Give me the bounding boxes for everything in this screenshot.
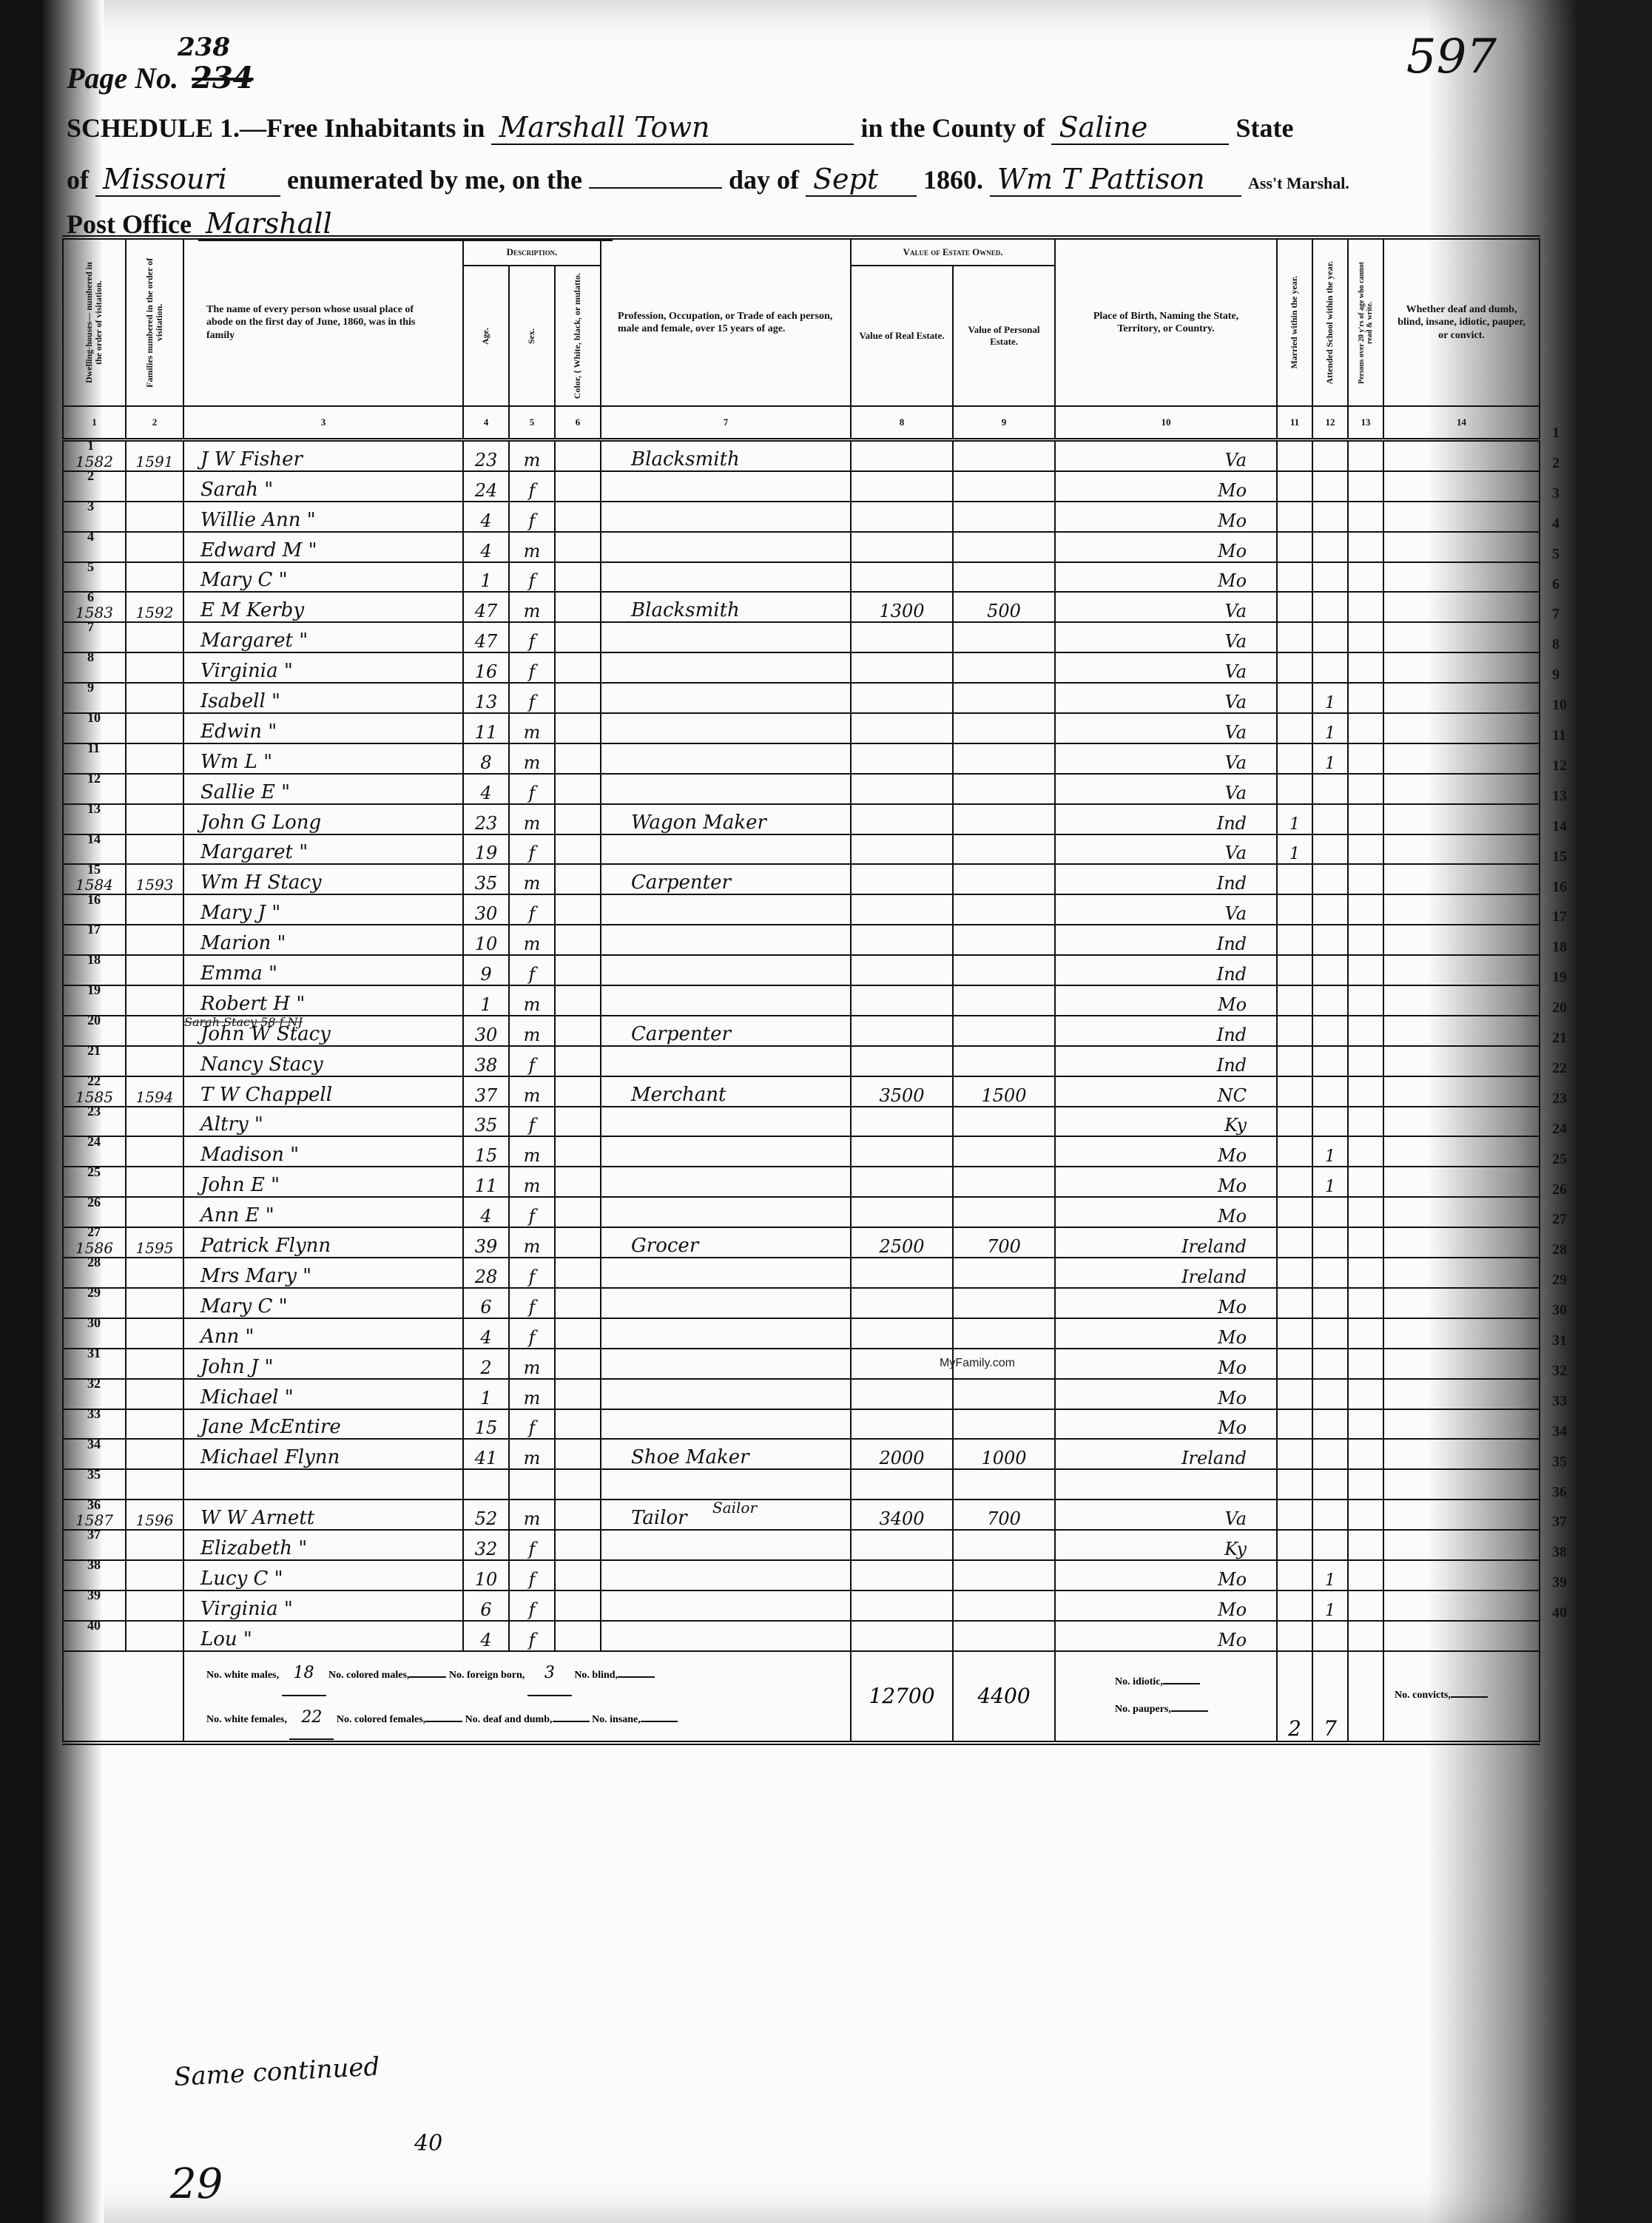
attended-school bbox=[1312, 985, 1348, 1016]
person-name: J W Fisher bbox=[183, 440, 463, 471]
sex: f bbox=[509, 1258, 555, 1288]
sex bbox=[509, 1469, 555, 1500]
col-number: 4 bbox=[463, 406, 509, 440]
person-name: Margaret " bbox=[183, 622, 463, 652]
person-name: Michael " bbox=[183, 1379, 463, 1409]
family-number bbox=[126, 1621, 183, 1651]
sex: m bbox=[509, 1016, 555, 1046]
married-within-year bbox=[1277, 1349, 1312, 1379]
attended-school: 1 bbox=[1312, 1560, 1348, 1590]
real-estate-value bbox=[851, 502, 953, 532]
row-number: 36 bbox=[1552, 1484, 1567, 1501]
row-number: 39 bbox=[1552, 1574, 1567, 1591]
personal-estate-value bbox=[953, 774, 1055, 804]
age: 1 bbox=[463, 985, 509, 1016]
personal-estate-value bbox=[953, 1409, 1055, 1440]
person-name: W W Arnett bbox=[183, 1500, 463, 1530]
family-number bbox=[126, 985, 183, 1016]
row-number: 35 bbox=[87, 1467, 101, 1482]
family-number bbox=[126, 1107, 183, 1137]
age: 19 bbox=[463, 834, 509, 865]
occupation bbox=[601, 562, 851, 593]
family-number: 1595 bbox=[126, 1227, 183, 1258]
attended-school bbox=[1312, 652, 1348, 683]
attended-school bbox=[1312, 440, 1348, 471]
person-name: Isabell " bbox=[183, 683, 463, 713]
row-number: 27 bbox=[87, 1224, 101, 1240]
row-number: 2 bbox=[1552, 455, 1560, 472]
disability bbox=[1383, 1107, 1540, 1137]
cannot-read-write bbox=[1348, 774, 1383, 804]
page-number-overwrite: 238 bbox=[178, 33, 230, 62]
col-number: 14 bbox=[1383, 406, 1540, 440]
real-estate-value bbox=[851, 1197, 953, 1227]
family-number: 1592 bbox=[126, 592, 183, 622]
occupation bbox=[601, 1349, 851, 1379]
school-total: 7 bbox=[1312, 1651, 1348, 1743]
disability bbox=[1383, 1318, 1540, 1349]
col-number: 2 bbox=[126, 406, 183, 440]
occupation: Wagon Maker bbox=[601, 804, 851, 834]
family-number bbox=[126, 1318, 183, 1349]
personal-estate-value bbox=[953, 1258, 1055, 1288]
personal-estate-value bbox=[953, 1197, 1055, 1227]
schedule-label: SCHEDULE 1.—Free Inhabitants in bbox=[67, 113, 485, 143]
table-row: Marion "10mInd bbox=[63, 925, 1540, 955]
row-number: 3 bbox=[87, 499, 94, 514]
family-number bbox=[126, 1530, 183, 1560]
dwelling-number bbox=[63, 622, 126, 652]
birthplace: Va bbox=[1055, 1500, 1277, 1530]
table-row: Virginia "16fVa bbox=[63, 652, 1540, 683]
person-name: Michael Flynn bbox=[183, 1439, 463, 1469]
birthplace: Ireland bbox=[1055, 1227, 1277, 1258]
birthplace: Mo bbox=[1055, 1349, 1277, 1379]
family-number: 1593 bbox=[126, 864, 183, 894]
attended-school bbox=[1312, 1469, 1348, 1500]
col-number: 3 bbox=[183, 406, 463, 440]
birthplace: Ind bbox=[1055, 1046, 1277, 1076]
attended-school bbox=[1312, 1107, 1348, 1137]
disability bbox=[1383, 1136, 1540, 1167]
age: 35 bbox=[463, 864, 509, 894]
table-row: 15841593Wm H Stacy35mCarpenterInd bbox=[63, 864, 1540, 894]
family-number bbox=[126, 925, 183, 955]
real-estate-value bbox=[851, 1136, 953, 1167]
age: 4 bbox=[463, 1318, 509, 1349]
age: 9 bbox=[463, 955, 509, 985]
personal-estate-value bbox=[953, 622, 1055, 652]
personal-estate-value bbox=[953, 925, 1055, 955]
disability bbox=[1383, 1288, 1540, 1318]
sex: m bbox=[509, 925, 555, 955]
county-label: in the County of bbox=[860, 113, 1045, 143]
table-row: Sarah Stacy 58 f NJJohn W Stacy30mCarpen… bbox=[63, 1016, 1540, 1046]
cannot-read-write bbox=[1348, 743, 1383, 774]
sex: m bbox=[509, 864, 555, 894]
row-number: 22 bbox=[1552, 1060, 1567, 1077]
row-number: 17 bbox=[1552, 908, 1567, 925]
sex: f bbox=[509, 1621, 555, 1651]
married-within-year bbox=[1277, 1016, 1312, 1046]
col-number: 1 bbox=[63, 406, 126, 440]
row-number: 7 bbox=[87, 619, 94, 635]
married-within-year bbox=[1277, 562, 1312, 593]
table-row: John G Long23mWagon MakerInd1 bbox=[63, 804, 1540, 834]
family-number bbox=[126, 743, 183, 774]
color bbox=[555, 562, 601, 593]
personal-estate-value bbox=[953, 1016, 1055, 1046]
birthplace: Va bbox=[1055, 592, 1277, 622]
attended-school bbox=[1312, 502, 1348, 532]
occupation bbox=[601, 1136, 851, 1167]
married-within-year bbox=[1277, 1046, 1312, 1076]
cannot-read-write bbox=[1348, 1530, 1383, 1560]
age: 52 bbox=[463, 1500, 509, 1530]
birthplace: Ky bbox=[1055, 1530, 1277, 1560]
attended-school bbox=[1312, 1500, 1348, 1530]
row-number: 40 bbox=[87, 1618, 101, 1633]
married-within-year bbox=[1277, 532, 1312, 562]
attended-school bbox=[1312, 1349, 1348, 1379]
personal-estate-value bbox=[953, 1621, 1055, 1651]
age: 35 bbox=[463, 1107, 509, 1137]
occupation: Blacksmith bbox=[601, 592, 851, 622]
column-numbers-row: 1 2 3 4 5 6 7 8 9 10 11 12 13 14 bbox=[63, 406, 1540, 440]
row-number: 16 bbox=[1552, 879, 1567, 896]
row-number: 5 bbox=[1552, 546, 1560, 563]
row-number: 11 bbox=[1552, 727, 1566, 744]
occupation bbox=[601, 894, 851, 925]
row-number: 14 bbox=[1552, 818, 1567, 835]
color bbox=[555, 1167, 601, 1197]
attended-school bbox=[1312, 622, 1348, 652]
personal-estate-value bbox=[953, 652, 1055, 683]
married-within-year bbox=[1277, 1621, 1312, 1651]
birthplace: Ind bbox=[1055, 955, 1277, 985]
month-field: Sept bbox=[806, 163, 917, 197]
occupation-annotation: Sailor bbox=[712, 1500, 757, 1517]
sex: m bbox=[509, 1227, 555, 1258]
of-label: of bbox=[67, 165, 89, 195]
sex: f bbox=[509, 683, 555, 713]
occupation bbox=[601, 532, 851, 562]
occupation bbox=[601, 1107, 851, 1137]
birthplace: Va bbox=[1055, 774, 1277, 804]
real-estate-value bbox=[851, 834, 953, 865]
disability bbox=[1383, 713, 1540, 743]
real-estate-value bbox=[851, 713, 953, 743]
family-number bbox=[126, 622, 183, 652]
age: 24 bbox=[463, 471, 509, 502]
table-row bbox=[63, 1469, 1540, 1500]
color bbox=[555, 1046, 601, 1076]
real-estate-value bbox=[851, 532, 953, 562]
table-row: Michael Flynn41mShoe Maker20001000Irelan… bbox=[63, 1439, 1540, 1469]
sex: m bbox=[509, 1439, 555, 1469]
married-within-year bbox=[1277, 1439, 1312, 1469]
row-number: 20 bbox=[1552, 999, 1567, 1016]
attended-school: 1 bbox=[1312, 683, 1348, 713]
row-number: 20 bbox=[87, 1013, 101, 1028]
col-header-occupation: Profession, Occupation, or Trade of each… bbox=[601, 237, 851, 406]
married-within-year bbox=[1277, 471, 1312, 502]
disability bbox=[1383, 1530, 1540, 1560]
personal-estate-value bbox=[953, 1530, 1055, 1560]
row-number: 2 bbox=[87, 468, 94, 484]
color bbox=[555, 1621, 601, 1651]
age: 6 bbox=[463, 1590, 509, 1621]
personal-estate-value bbox=[953, 683, 1055, 713]
real-estate-total: 12700 bbox=[851, 1651, 953, 1743]
cannot-read-write bbox=[1348, 1621, 1383, 1651]
real-estate-value bbox=[851, 440, 953, 471]
family-number bbox=[126, 1560, 183, 1590]
row-number: 15 bbox=[1552, 849, 1567, 866]
convicts-label: No. convicts, bbox=[1395, 1690, 1451, 1701]
color bbox=[555, 1469, 601, 1500]
color bbox=[555, 1227, 601, 1258]
personal-estate-value bbox=[953, 804, 1055, 834]
disability bbox=[1383, 471, 1540, 502]
married-within-year bbox=[1277, 440, 1312, 471]
color bbox=[555, 1258, 601, 1288]
family-number: 1594 bbox=[126, 1076, 183, 1107]
table-row: Nancy Stacy38fInd bbox=[63, 1046, 1540, 1076]
table-row: Isabell "13fVa1 bbox=[63, 683, 1540, 713]
post-office-label: Post Office bbox=[67, 209, 192, 239]
occupation bbox=[601, 652, 851, 683]
disability bbox=[1383, 1076, 1540, 1107]
color bbox=[555, 502, 601, 532]
married-within-year bbox=[1277, 1197, 1312, 1227]
attended-school: 1 bbox=[1312, 743, 1348, 774]
table-row: Mary C "1fMo bbox=[63, 562, 1540, 593]
personal-estate-value bbox=[953, 1379, 1055, 1409]
attended-school bbox=[1312, 925, 1348, 955]
table-row: Jane McEntire15fMo bbox=[63, 1409, 1540, 1440]
real-estate-value: 3400 bbox=[851, 1500, 953, 1530]
married-within-year bbox=[1277, 985, 1312, 1016]
disability bbox=[1383, 622, 1540, 652]
disability bbox=[1383, 1046, 1540, 1076]
row-number: 25 bbox=[1552, 1151, 1567, 1168]
summary-convicts: No. convicts, bbox=[1383, 1651, 1540, 1743]
attended-school bbox=[1312, 1288, 1348, 1318]
disability bbox=[1383, 562, 1540, 593]
age: 32 bbox=[463, 1530, 509, 1560]
row-number: 37 bbox=[1552, 1514, 1567, 1531]
family-number bbox=[126, 1349, 183, 1379]
real-estate-value bbox=[851, 955, 953, 985]
age: 8 bbox=[463, 743, 509, 774]
table-row: Madison "15mMo1 bbox=[63, 1136, 1540, 1167]
married-within-year: 1 bbox=[1277, 834, 1312, 865]
occupation: SailorTailor bbox=[601, 1500, 851, 1530]
color bbox=[555, 683, 601, 713]
person-name bbox=[183, 1469, 463, 1500]
table-row: Margaret "19fVa1 bbox=[63, 834, 1540, 865]
sex: f bbox=[509, 774, 555, 804]
married-within-year bbox=[1277, 1076, 1312, 1107]
color bbox=[555, 1409, 601, 1440]
sex: m bbox=[509, 592, 555, 622]
personal-estate-value bbox=[953, 1136, 1055, 1167]
attended-school bbox=[1312, 1621, 1348, 1651]
attended-school bbox=[1312, 1409, 1348, 1440]
person-name: John E " bbox=[183, 1167, 463, 1197]
family-number bbox=[126, 1379, 183, 1409]
birthplace: NC bbox=[1055, 1076, 1277, 1107]
attended-school bbox=[1312, 894, 1348, 925]
table-row: Ann "4fMo bbox=[63, 1318, 1540, 1349]
age: 4 bbox=[463, 1621, 509, 1651]
real-estate-value bbox=[851, 1590, 953, 1621]
row-number: 1 bbox=[87, 438, 94, 453]
deaf-dumb-label: No. deaf and dumb, bbox=[465, 1714, 553, 1725]
personal-estate-value bbox=[953, 894, 1055, 925]
age: 4 bbox=[463, 532, 509, 562]
attended-school bbox=[1312, 864, 1348, 894]
age: 15 bbox=[463, 1409, 509, 1440]
married-within-year bbox=[1277, 894, 1312, 925]
color bbox=[555, 1076, 601, 1107]
cannot-read-write bbox=[1348, 864, 1383, 894]
row-number: 8 bbox=[1552, 636, 1560, 653]
birthplace: Va bbox=[1055, 834, 1277, 865]
color bbox=[555, 1318, 601, 1349]
marshal-label: Ass't Marshal. bbox=[1248, 174, 1349, 192]
married-within-year bbox=[1277, 1107, 1312, 1137]
cannot-read-write bbox=[1348, 1560, 1383, 1590]
married-within-year bbox=[1277, 652, 1312, 683]
personal-estate-value bbox=[953, 440, 1055, 471]
cannot-read-write bbox=[1348, 894, 1383, 925]
row-number: 12 bbox=[1552, 758, 1567, 775]
family-number bbox=[126, 894, 183, 925]
occupation-text: Tailor bbox=[631, 1507, 687, 1529]
real-estate-value: 2000 bbox=[851, 1439, 953, 1469]
family-number bbox=[126, 1136, 183, 1167]
occupation bbox=[601, 774, 851, 804]
row-number: 11 bbox=[87, 741, 100, 756]
color bbox=[555, 743, 601, 774]
person-name: T W Chappell bbox=[183, 1076, 463, 1107]
personal-estate-value bbox=[953, 1046, 1055, 1076]
family-number bbox=[126, 471, 183, 502]
dwelling-number bbox=[63, 683, 126, 713]
disability bbox=[1383, 1560, 1540, 1590]
birthplace: Mo bbox=[1055, 1590, 1277, 1621]
color bbox=[555, 1349, 601, 1379]
color bbox=[555, 925, 601, 955]
cannot-read-write bbox=[1348, 562, 1383, 593]
real-estate-value bbox=[851, 1107, 953, 1137]
table-row: Ann E "4fMo bbox=[63, 1197, 1540, 1227]
family-number bbox=[126, 1016, 183, 1046]
cannot-read-write bbox=[1348, 985, 1383, 1016]
married-within-year bbox=[1277, 1258, 1312, 1288]
occupation bbox=[601, 1530, 851, 1560]
personal-estate-value bbox=[953, 471, 1055, 502]
col-number: 9 bbox=[953, 406, 1055, 440]
row-number: 13 bbox=[1552, 788, 1567, 805]
age: 23 bbox=[463, 440, 509, 471]
year: 1860. bbox=[923, 165, 983, 195]
row-number: 3 bbox=[1552, 485, 1560, 502]
age: 4 bbox=[463, 774, 509, 804]
age: 11 bbox=[463, 1167, 509, 1197]
white-females-value: 22 bbox=[289, 1696, 334, 1740]
sex: m bbox=[509, 1379, 555, 1409]
occupation: Shoe Maker bbox=[601, 1439, 851, 1469]
birthplace: Va bbox=[1055, 683, 1277, 713]
family-number: 1591 bbox=[126, 440, 183, 471]
person-name: Altry " bbox=[183, 1107, 463, 1137]
cannot-read-write bbox=[1348, 1349, 1383, 1379]
sex: m bbox=[509, 713, 555, 743]
row-number: 13 bbox=[87, 801, 101, 817]
schedule-line: SCHEDULE 1.—Free Inhabitants in Marshall… bbox=[67, 111, 1293, 145]
color bbox=[555, 894, 601, 925]
table-row: Mary J "30fVa bbox=[63, 894, 1540, 925]
row-number: 1 bbox=[1552, 425, 1560, 442]
color bbox=[555, 985, 601, 1016]
attended-school bbox=[1312, 1046, 1348, 1076]
birthplace: Va bbox=[1055, 713, 1277, 743]
attended-school bbox=[1312, 804, 1348, 834]
disability bbox=[1383, 502, 1540, 532]
cannot-read-write bbox=[1348, 925, 1383, 955]
person-name: Marion " bbox=[183, 925, 463, 955]
cannot-read-write bbox=[1348, 1500, 1383, 1530]
col-header-real-estate: Value of Real Estate. bbox=[851, 266, 953, 406]
attended-school bbox=[1312, 471, 1348, 502]
color bbox=[555, 774, 601, 804]
married-within-year bbox=[1277, 774, 1312, 804]
family-number bbox=[126, 1590, 183, 1621]
married-within-year bbox=[1277, 925, 1312, 955]
cannot-read-write bbox=[1348, 622, 1383, 652]
row-number: 34 bbox=[1552, 1423, 1567, 1440]
age: 47 bbox=[463, 592, 509, 622]
real-estate-value bbox=[851, 622, 953, 652]
birthplace: Ky bbox=[1055, 1107, 1277, 1137]
row-number: 30 bbox=[1552, 1302, 1567, 1319]
attended-school: 1 bbox=[1312, 1167, 1348, 1197]
illiterate-total bbox=[1348, 1651, 1383, 1743]
occupation bbox=[601, 1590, 851, 1621]
disability bbox=[1383, 1500, 1540, 1530]
cannot-read-write bbox=[1348, 1076, 1383, 1107]
age: 4 bbox=[463, 1197, 509, 1227]
personal-estate-value bbox=[953, 1167, 1055, 1197]
cannot-read-write bbox=[1348, 834, 1383, 865]
summary-idiotic-paupers: No. idiotic, No. paupers, bbox=[1055, 1651, 1277, 1743]
disability bbox=[1383, 774, 1540, 804]
birthplace: Mo bbox=[1055, 562, 1277, 593]
age: 1 bbox=[463, 1379, 509, 1409]
birthplace: Mo bbox=[1055, 985, 1277, 1016]
color bbox=[555, 1016, 601, 1046]
attended-school bbox=[1312, 592, 1348, 622]
color bbox=[555, 834, 601, 865]
age bbox=[463, 1469, 509, 1500]
cannot-read-write bbox=[1348, 1439, 1383, 1469]
occupation: Carpenter bbox=[601, 864, 851, 894]
attended-school bbox=[1312, 1379, 1348, 1409]
disability bbox=[1383, 592, 1540, 622]
